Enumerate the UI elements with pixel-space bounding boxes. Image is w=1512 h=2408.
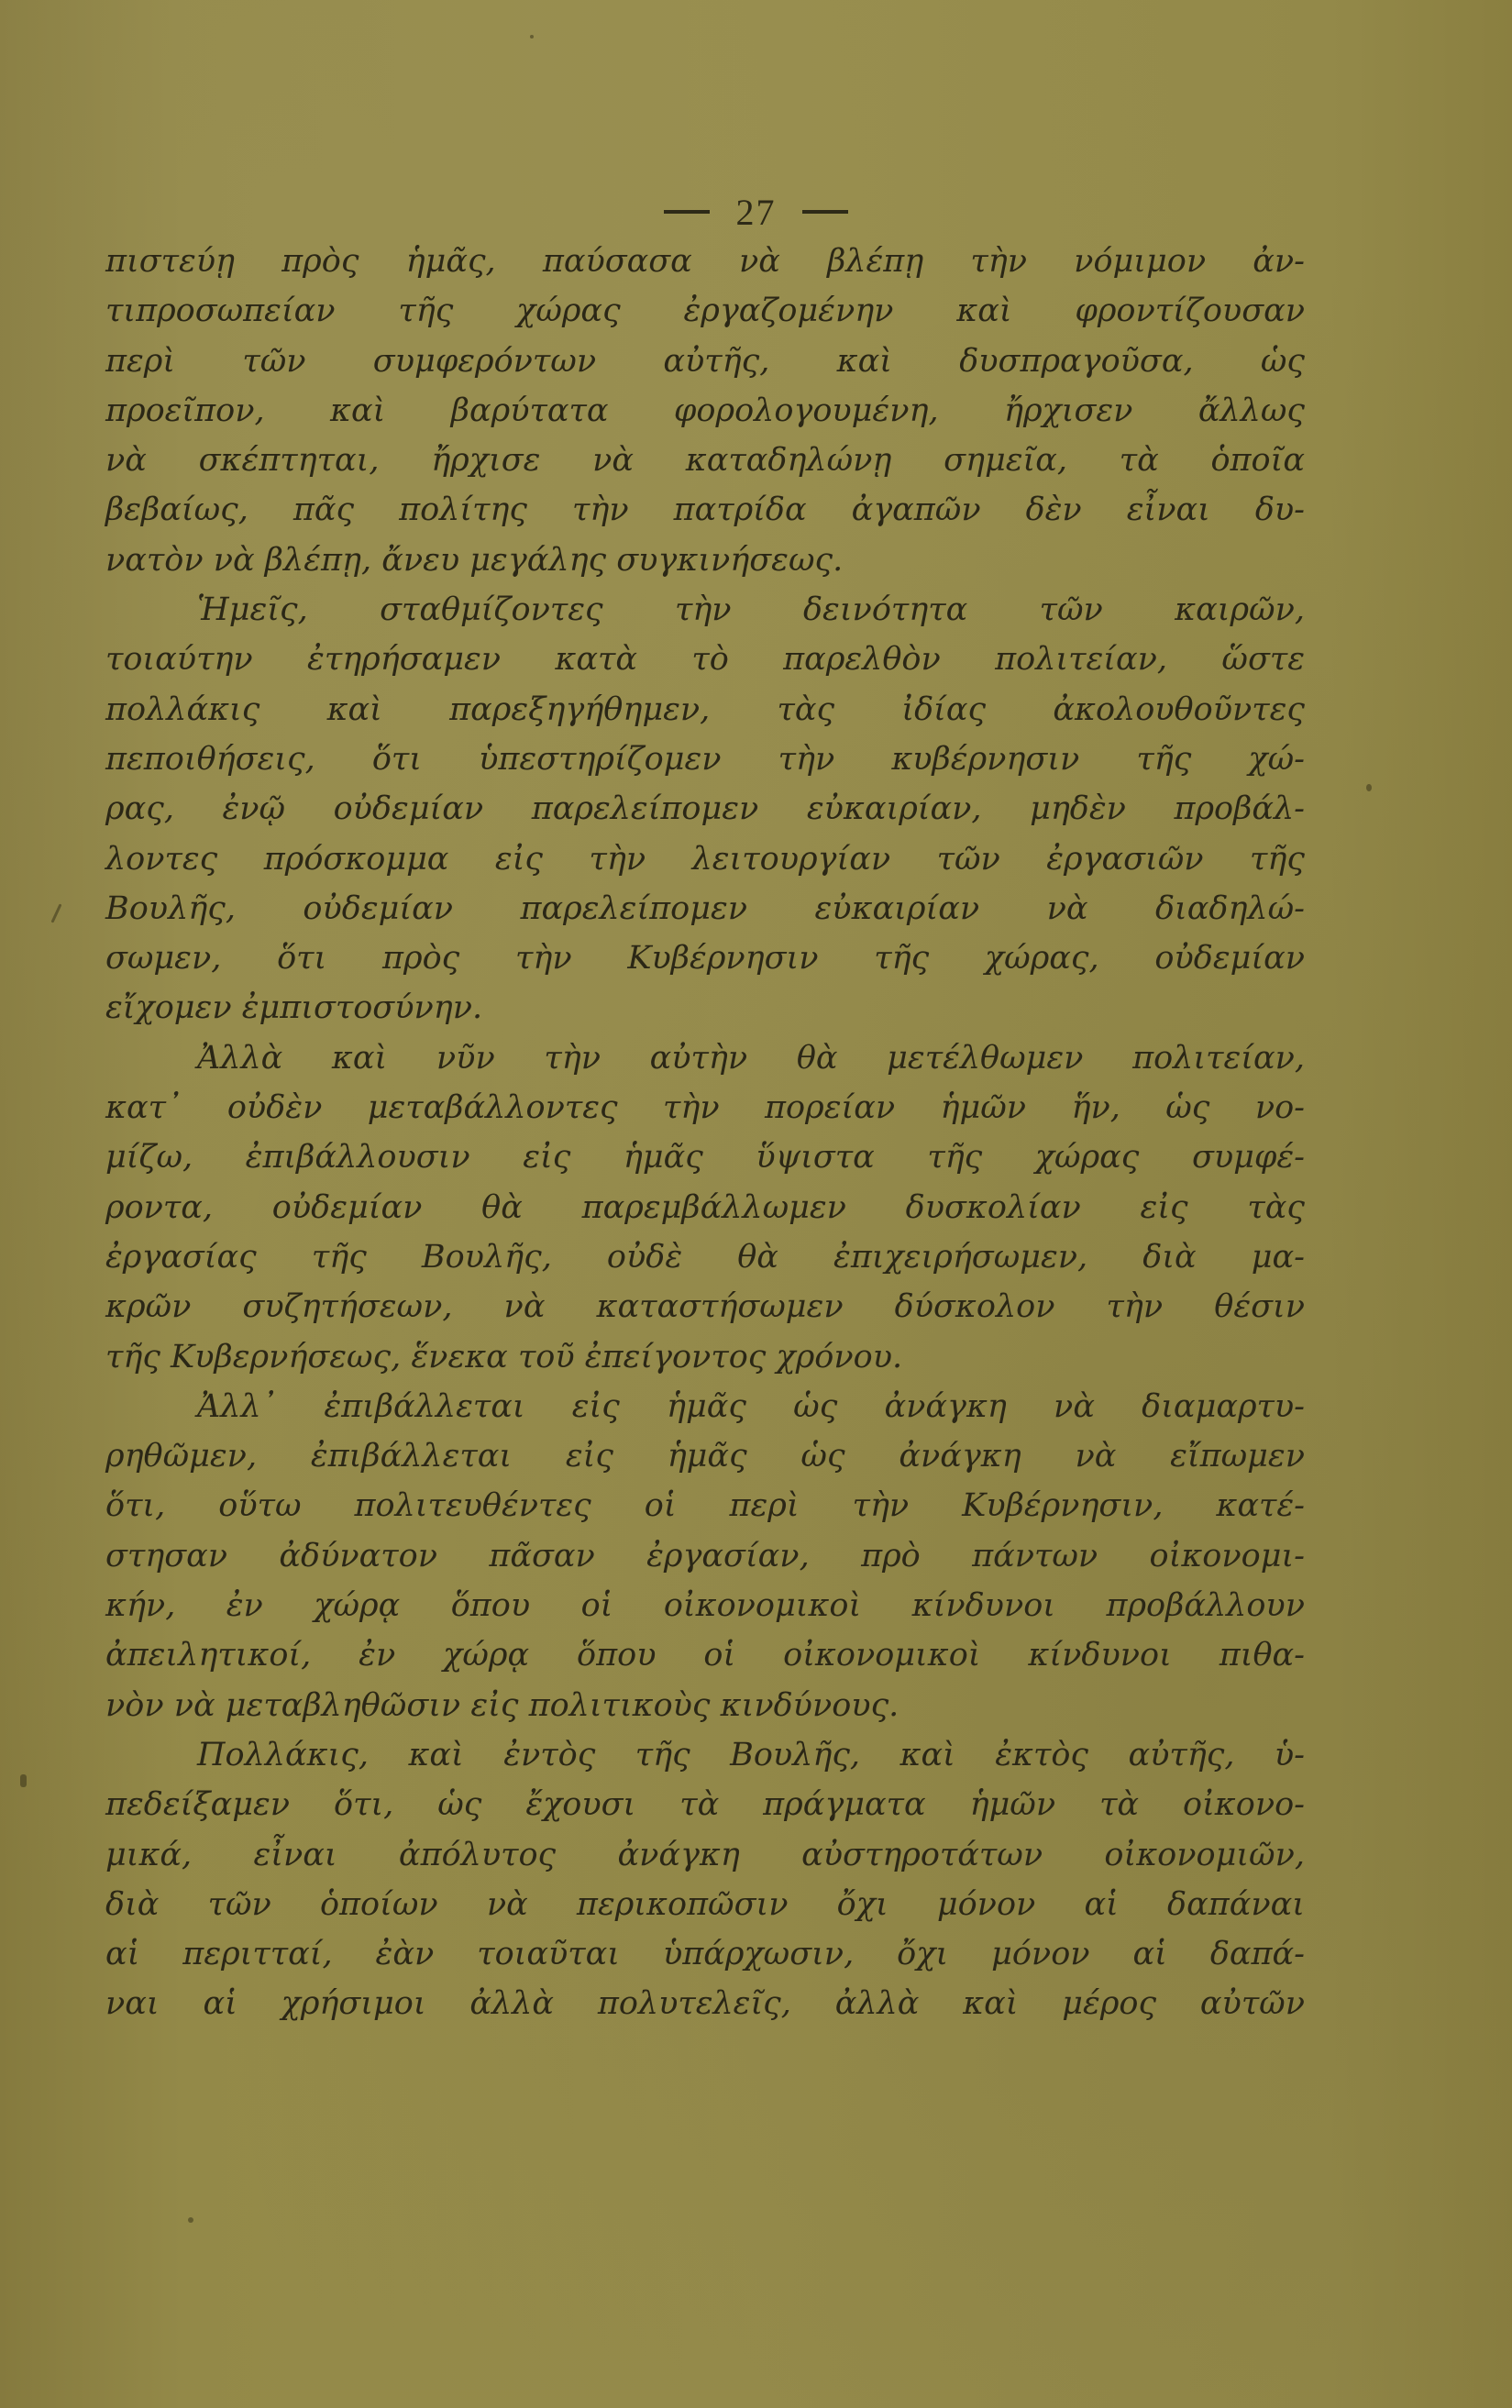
paragraph-first-line: Ἡμεῖς, σταθμίζοντες τὴν δεινότητα τῶν κα… (105, 585, 1305, 635)
text-line: νὸν νὰ μεταβληθῶσιν εἰς πολιτικοὺς κινδύ… (105, 1681, 1305, 1730)
body-text: πιστεύῃ πρὸς ἡμᾶς, παύσασα νὰ βλέπῃ τὴν … (105, 237, 1305, 2029)
paragraph-first-line: Ἀλλ᾽ ἐπιβάλλεται εἰς ἡμᾶς ὡς ἀνάγκη νὰ δ… (105, 1382, 1305, 1431)
text-line: διὰ τῶν ὁποίων νὰ περικοπῶσιν ὄχι μόνον … (105, 1880, 1305, 1929)
text-line: μικά, εἶναι ἀπόλυτος ἀνάγκη αὐστηροτάτων… (105, 1830, 1305, 1880)
text-line: Βουλῆς, οὐδεμίαν παρελείπομεν εὐκαιρίαν … (105, 884, 1305, 933)
paragraph-first-line: Ἀλλὰ καὶ νῦν τὴν αὐτὴν θὰ μετέλθωμεν πολ… (105, 1033, 1305, 1083)
text-line: περὶ τῶν συμφερόντων αὐτῆς, καὶ δυσπραγο… (105, 337, 1305, 386)
text-line: ρηθῶμεν, ἐπιβάλλεται εἰς ἡμᾶς ὡς ἀνάγκη … (105, 1431, 1305, 1481)
text-line: μίζω, ἐπιβάλλουσιν εἰς ἡμᾶς ὕψιστα τῆς χ… (105, 1132, 1305, 1182)
page-number: 27 (0, 188, 1512, 234)
paper-speck (188, 2217, 193, 2223)
text-line: ρας, ἐνῷ οὐδεμίαν παρελείπομεν εὐκαιρίαν… (105, 784, 1305, 834)
text-line: ἀπειλητικοί, ἐν χώρᾳ ὅπου οἱ οἰκονομικοὶ… (105, 1630, 1305, 1680)
text-line: στησαν ἀδύνατον πᾶσαν ἐργασίαν, πρὸ πάντ… (105, 1531, 1305, 1581)
text-line: νατὸν νὰ βλέπῃ, ἄνευ μεγάλης συγκινήσεως… (105, 536, 1305, 585)
text-line: πεποιθήσεις, ὅτι ὑπεστηρίζομεν τὴν κυβέρ… (105, 735, 1305, 784)
text-line: προεῖπον, καὶ βαρύτατα φορολογουμένη, ἤρ… (105, 386, 1305, 436)
text-line: πεδείξαμεν ὅτι, ὡς ἔχουσι τὰ πράγματα ἡμ… (105, 1780, 1305, 1829)
text-line: κήν, ἐν χώρᾳ ὅπου οἱ οἰκονομικοὶ κίνδυνο… (105, 1581, 1305, 1630)
text-line: κατ᾽ οὐδὲν μεταβάλλοντες τὴν πορείαν ἡμῶ… (105, 1083, 1305, 1132)
page-number-value: 27 (736, 191, 777, 234)
text-line: ροντα, οὐδεμίαν θὰ παρεμβάλλωμεν δυσκολί… (105, 1183, 1305, 1232)
paper-speck (530, 35, 534, 39)
text-line: τῆς Κυβερνήσεως, ἕνεκα τοῦ ἐπείγοντος χρ… (105, 1332, 1305, 1382)
page-number-left-dash (664, 210, 710, 214)
paper-speck (50, 903, 61, 922)
paragraph-first-line: Πολλάκις, καὶ ἐντὸς τῆς Βουλῆς, καὶ ἐκτὸ… (105, 1730, 1305, 1780)
book-page: 27 πιστεύῃ πρὸς ἡμᾶς, παύσασα νὰ βλέπῃ τ… (0, 0, 1512, 2408)
text-line: λοντες πρόσκομμα εἰς τὴν λειτουργίαν τῶν… (105, 834, 1305, 884)
text-line: ὅτι, οὕτω πολιτευθέντες οἱ περὶ τὴν Κυβέ… (105, 1481, 1305, 1530)
text-line: τοιαύτην ἐτηρήσαμεν κατὰ τὸ παρελθὸν πολ… (105, 635, 1305, 684)
text-line: σωμεν, ὅτι πρὸς τὴν Κυβέρνησιν τῆς χώρας… (105, 933, 1305, 983)
text-line: ἐργασίας τῆς Βουλῆς, οὐδὲ θὰ ἐπιχειρήσωμ… (105, 1232, 1305, 1282)
text-line: τιπροσωπείαν τῆς χώρας ἐργαζομένην καὶ φ… (105, 286, 1305, 336)
page-number-right-dash (802, 210, 848, 214)
text-line: κρῶν συζητήσεων, νὰ καταστήσωμεν δύσκολο… (105, 1282, 1305, 1331)
text-line: εἴχομεν ἐμπιστοσύνην. (105, 983, 1305, 1033)
text-line: ναι αἱ χρήσιμοι ἀλλὰ πολυτελεῖς, ἀλλὰ κα… (105, 1979, 1305, 2028)
text-line: αἱ περιτταί, ἐὰν τοιαῦται ὑπάρχωσιν, ὄχι… (105, 1929, 1305, 1979)
paper-speck (1366, 784, 1372, 791)
text-line: νὰ σκέπτηται, ἤρχισε νὰ καταδηλώνῃ σημεῖ… (105, 436, 1305, 485)
text-line: βεβαίως, πᾶς πολίτης τὴν πατρίδα ἀγαπῶν … (105, 485, 1305, 535)
text-line: πολλάκις καὶ παρεξηγήθημεν, τὰς ἰδίας ἀκ… (105, 685, 1305, 735)
text-line: πιστεύῃ πρὸς ἡμᾶς, παύσασα νὰ βλέπῃ τὴν … (105, 237, 1305, 286)
paper-speck (20, 1774, 27, 1787)
